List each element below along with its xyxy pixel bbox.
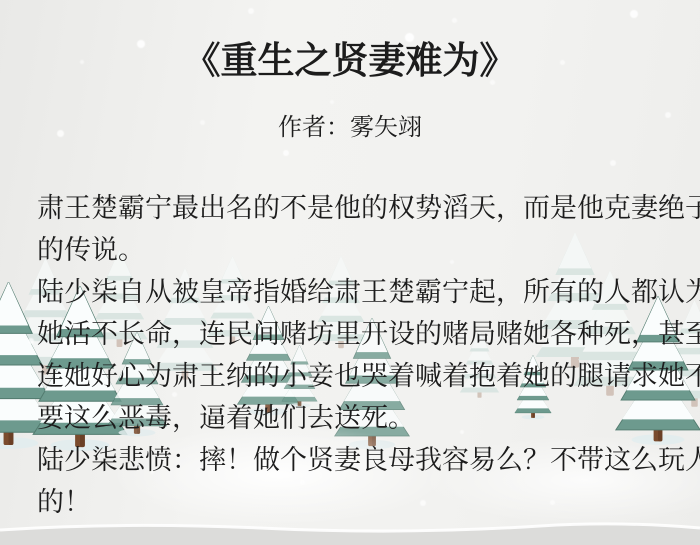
synopsis-line: 的！ — [37, 481, 677, 523]
synopsis-line: 要这么恶毒，逼着她们去送死。 — [37, 397, 677, 439]
synopsis-line: 陆少柒悲愤：摔！做个贤妻良母我容易么？不带这么玩人 — [37, 439, 677, 481]
synopsis: 肃王楚霸宁最出名的不是他的权势滔天，而是他克妻绝子 的传说。 陆少柒自从被皇帝指… — [37, 187, 677, 523]
synopsis-line: 陆少柒自从被皇帝指婚给肃王楚霸宁起，所有的人都认为 — [37, 271, 677, 313]
author-line: 作者：雾矢翊 — [0, 114, 700, 143]
synopsis-line: 她活不长命，连民间赌坊里开设的赌局赌她各种死，甚至 — [37, 313, 677, 355]
book-title: 《重生之贤妻难为》 — [0, 41, 700, 82]
synopsis-line: 连她好心为肃王纳的小妾也哭着喊着抱着她的腿请求她不 — [37, 355, 677, 397]
synopsis-line: 肃王楚霸宁最出名的不是他的权势滔天，而是他克妻绝子 — [37, 187, 677, 229]
book-intro-card: 《重生之贤妻难为》 作者：雾矢翊 肃王楚霸宁最出名的不是他的权势滔天，而是他克妻… — [0, 0, 700, 545]
text-layer: 《重生之贤妻难为》 作者：雾矢翊 肃王楚霸宁最出名的不是他的权势滔天，而是他克妻… — [0, 0, 700, 545]
synopsis-line: 的传说。 — [37, 229, 677, 271]
